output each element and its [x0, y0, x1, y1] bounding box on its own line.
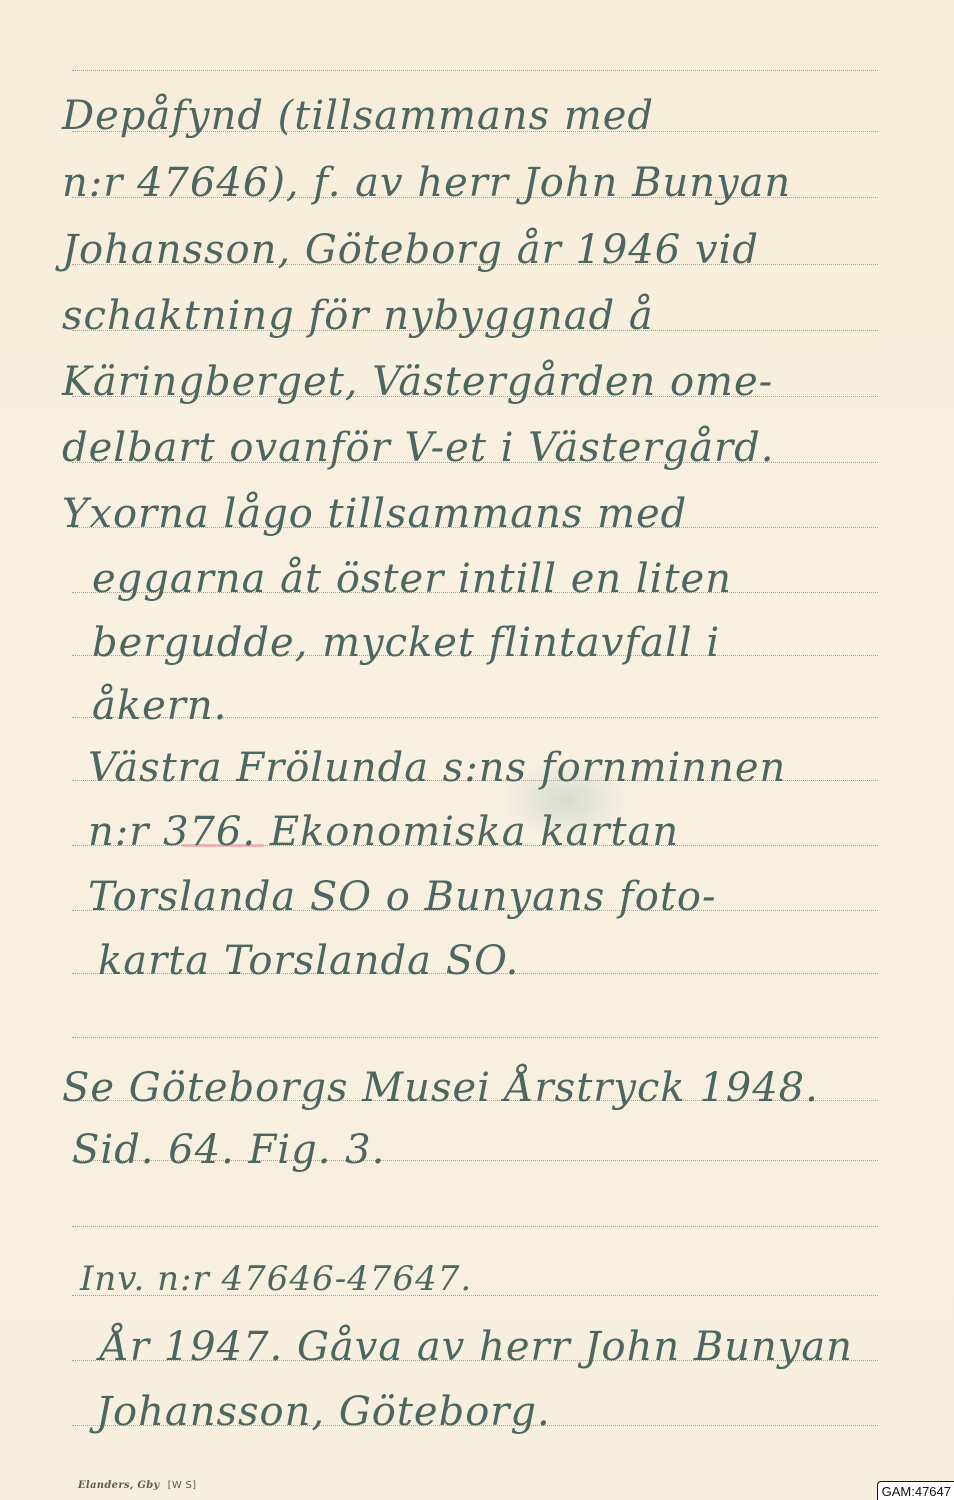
printer-imprint: Elanders, Gby[W S] — [78, 1480, 196, 1491]
handwritten-line: åkern. — [92, 686, 227, 726]
handwritten-line: delbart ovanför V-et i Västergård. — [62, 428, 775, 468]
printer-code: [W S] — [168, 1480, 197, 1491]
inventory-number-line: Inv. n:r 47646-47647. — [80, 1262, 472, 1296]
ruled-line — [72, 70, 878, 71]
handwritten-line: Västra Frölunda s:ns fornminnen — [88, 748, 786, 788]
ruled-line — [72, 1226, 878, 1227]
handwritten-line: n:r 47646), f. av herr John Bunyan — [62, 163, 791, 203]
handwritten-line: n:r 376. Ekonomiska kartan — [88, 812, 679, 852]
reference-line: Se Göteborgs Musei Årstryck 1948. — [62, 1068, 819, 1108]
handwritten-line: Depåfynd (tillsammans med — [62, 96, 654, 136]
acquisition-line: År 1947. Gåva av herr John Bunyan — [100, 1327, 853, 1367]
catalog-card: Depåfynd (tillsammans med n:r 47646), f.… — [0, 0, 954, 1500]
handwritten-line: bergudde, mycket flintavfall i — [92, 623, 720, 663]
handwritten-line: karta Torslanda SO. — [98, 941, 519, 981]
printer-name: Elanders, Gby — [78, 1480, 160, 1491]
ruled-line — [72, 1037, 878, 1038]
catalog-id-label: GAM:47647 — [877, 1481, 954, 1500]
acquisition-line: Johansson, Göteborg. — [96, 1392, 551, 1432]
handwritten-line: Yxorna lågo tillsammans med — [62, 494, 687, 534]
handwritten-line: Johansson, Göteborg år 1946 vid — [62, 230, 759, 270]
handwritten-line: eggarna åt öster intill en liten — [92, 559, 732, 599]
reference-line: Sid. 64. Fig. 3. — [72, 1130, 385, 1170]
handwritten-line: Torslanda SO o Bunyans foto- — [88, 877, 717, 917]
handwritten-line: Käringberget, Västergården ome- — [62, 362, 773, 402]
handwritten-line: schaktning för nybyggnad å — [62, 296, 654, 336]
